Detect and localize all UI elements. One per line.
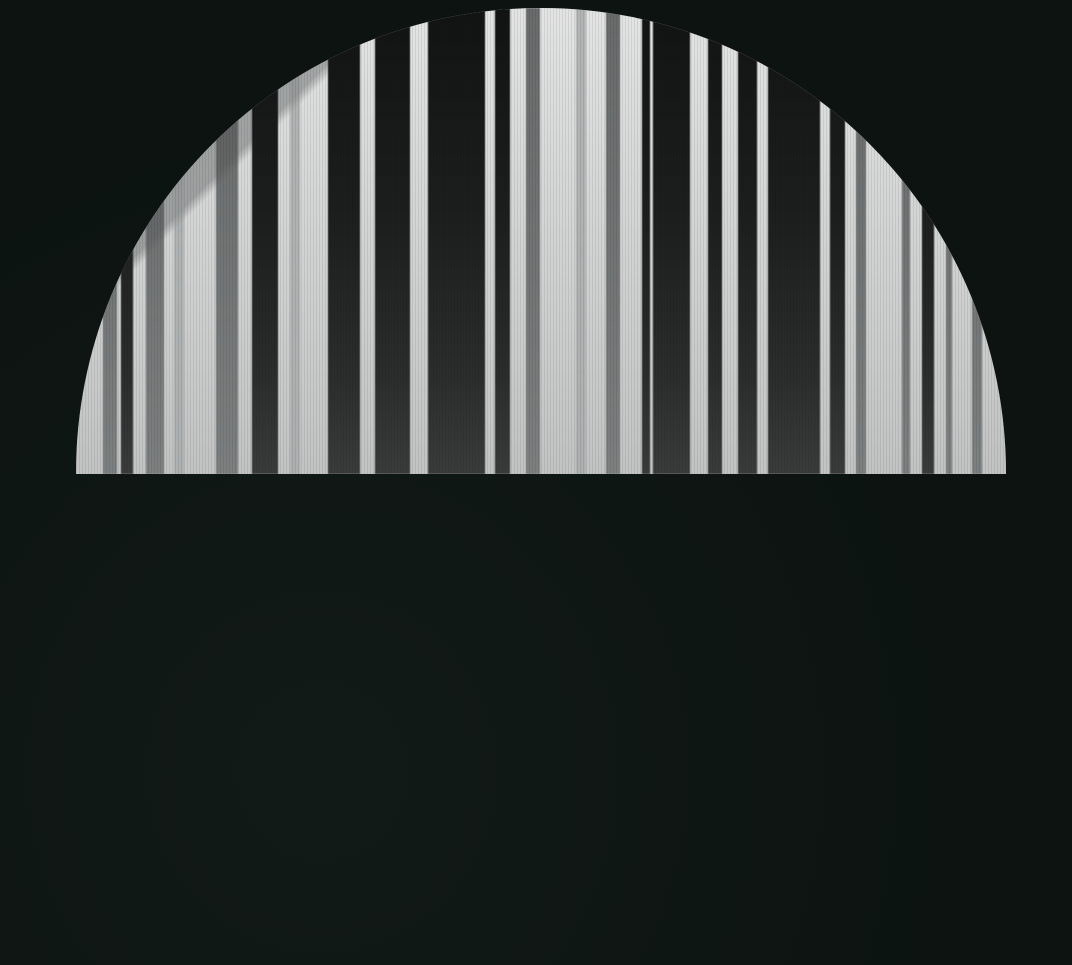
artwork-background <box>0 0 1072 965</box>
half-disc-artwork <box>76 8 1006 474</box>
film-grain <box>76 8 1006 474</box>
